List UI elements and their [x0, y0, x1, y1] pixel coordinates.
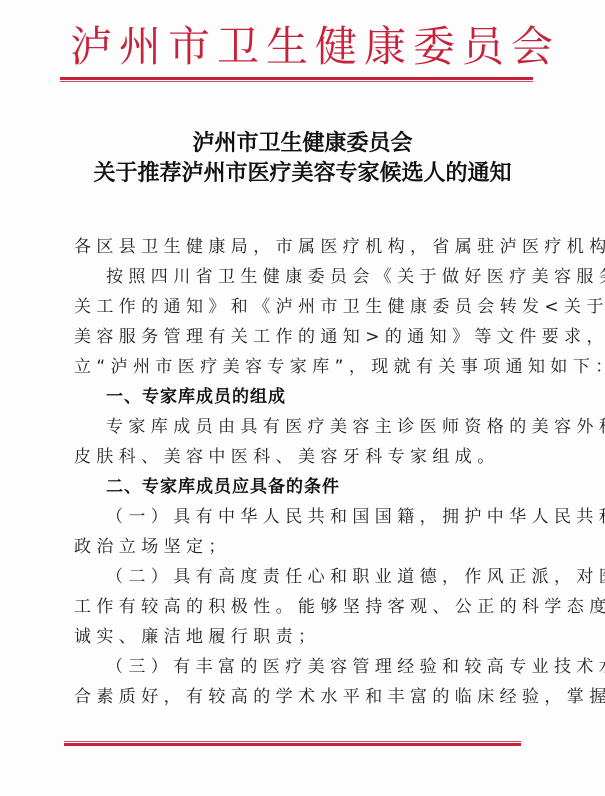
- masthead-rule-thick: [60, 77, 533, 80]
- paragraph-line: （三）有丰富的医疗美容管理经验和较高专业技术水平，综: [74, 652, 526, 682]
- intro-line: 美容服务管理有关工作的通知>的通知》等文件要求，我委拟成: [74, 322, 526, 352]
- masthead-rule-thin: [60, 81, 533, 82]
- intro-line: 关工作的通知》和《泸州市卫生健康委员会转发<关于做好医疗: [74, 292, 526, 322]
- paragraph-line: 皮肤科、美容中医科、美容牙科专家组成。: [74, 442, 526, 472]
- paragraph-line: 专家库成员由具有医疗美容主诊医师资格的美容外科、美容: [74, 412, 526, 442]
- title-line-1: 泸州市卫生健康委员会: [60, 128, 545, 158]
- title-line-2: 关于推荐泸州市医疗美容专家候选人的通知: [60, 158, 545, 188]
- paragraph-line: 诚实、廉洁地履行职责；: [74, 622, 526, 652]
- intro-line: 立“泸州市医疗美容专家库”，现就有关事项通知如下：: [74, 352, 526, 382]
- paragraph-line: 工作有较高的积极性。能够坚持客观、公正的科学态度，认真、: [74, 592, 526, 622]
- intro-paragraph: 按照四川省卫生健康委员会《关于做好医疗美容服务管理有 关工作的通知》和《泸州市卫…: [74, 262, 526, 382]
- section-2-item-3: （三）有丰富的医疗美容管理经验和较高专业技术水平，综 合素质好，有较高的学术水平…: [74, 652, 526, 712]
- section-heading-2: 二、专家库成员应具备的条件: [74, 472, 526, 502]
- document-page: 泸州市卫生健康委员会 泸州市卫生健康委员会 关于推荐泸州市医疗美容专家候选人的通…: [0, 0, 605, 796]
- salutation-text: 各区县卫生健康局，市属医疗机构，省属驻泸医疗机构：: [74, 232, 526, 262]
- salutation: 各区县卫生健康局，市属医疗机构，省属驻泸医疗机构：: [74, 232, 526, 262]
- intro-line: 按照四川省卫生健康委员会《关于做好医疗美容服务管理有: [74, 262, 526, 292]
- masthead-org-name: 泸州市卫生健康委员会: [70, 24, 533, 70]
- section-heading-1: 一、专家库成员的组成: [74, 382, 526, 412]
- footer-rule-thick: [64, 743, 521, 746]
- paragraph-line: （二）具有高度责任心和职业道德，作风正派，对医疗美容: [74, 562, 526, 592]
- document-title: 泸州市卫生健康委员会 关于推荐泸州市医疗美容专家候选人的通知: [60, 128, 545, 188]
- section-2-item-2: （二）具有高度责任心和职业道德，作风正派，对医疗美容 工作有较高的积极性。能够坚…: [74, 562, 526, 652]
- paragraph-line: 合素质好，有较高的学术水平和丰富的临床经验，掌握本专业领: [74, 682, 526, 712]
- footer-rule-thin: [64, 741, 521, 742]
- paragraph-line: 政治立场坚定；: [74, 532, 526, 562]
- section-1-paragraph: 专家库成员由具有医疗美容主诊医师资格的美容外科、美容 皮肤科、美容中医科、美容牙…: [74, 412, 526, 472]
- document-body: 各区县卫生健康局，市属医疗机构，省属驻泸医疗机构： 按照四川省卫生健康委员会《关…: [74, 232, 526, 712]
- section-2-item-1: （一）具有中华人民共和国国籍，拥护中华人民共和国宪法， 政治立场坚定；: [74, 502, 526, 562]
- paragraph-line: （一）具有中华人民共和国国籍，拥护中华人民共和国宪法，: [74, 502, 526, 532]
